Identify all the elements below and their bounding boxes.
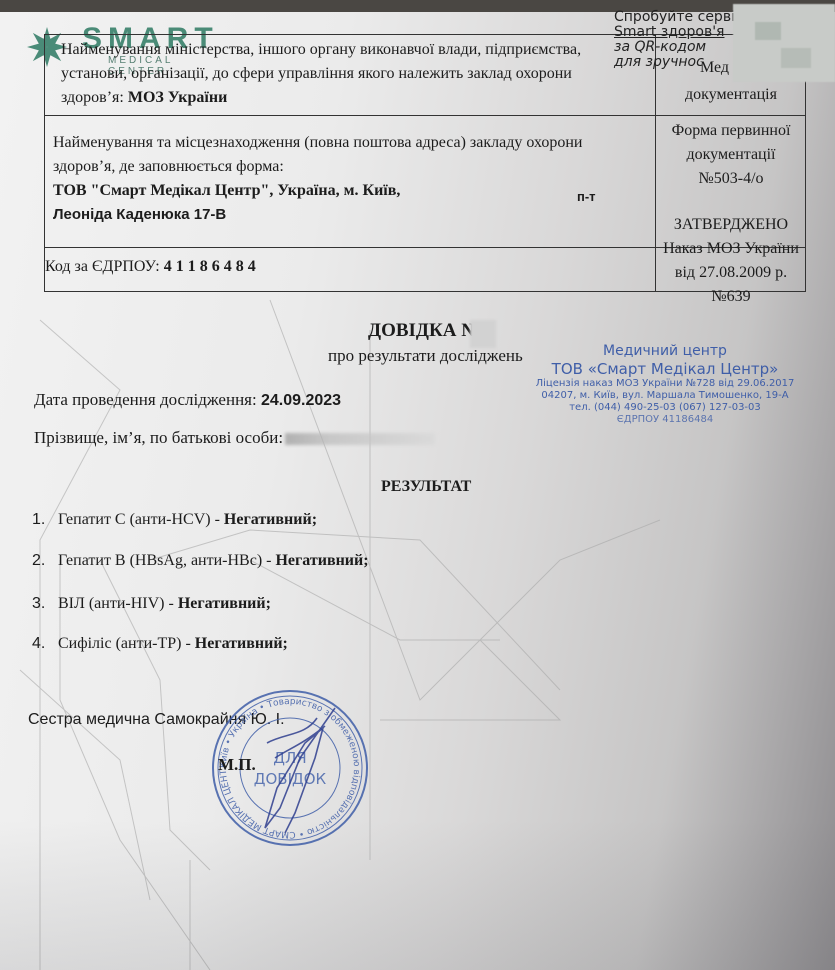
patient-name-line: Прізвище, ім’я, по батькові особи: [34, 428, 435, 448]
result-test: Сифіліс (анти-ТР) - [58, 635, 191, 652]
clinic-stamp-line: Ліцензія наказ МОЗ України №728 від 29.0… [520, 378, 810, 390]
form-number: №503-4/о [657, 167, 805, 191]
edrpou-cell: Код за ЄДРПОУ: 4 1 1 8 6 4 8 4 [45, 255, 605, 279]
order-number: №639 [657, 285, 805, 309]
result-number: 2. [32, 552, 54, 570]
stamp-center-line1: ДЛЯ [273, 749, 306, 767]
result-item: 2. Гепатит В (HBsAg, анти-HBc) - Негатив… [32, 552, 369, 570]
order-date: від 27.08.2009 р. [657, 261, 805, 285]
result-test: Гепатит В (HBsAg, анти-HBc) - [58, 552, 271, 569]
form-line2: документації [657, 143, 805, 167]
doc-type-line2: документація [657, 83, 805, 107]
qr-promo-line: Спробуйте сервіс [614, 10, 743, 25]
document-number-redacted [470, 320, 496, 348]
photo-shadow [0, 820, 835, 970]
clinic-stamp-line: ЄДРПОУ 41186484 [520, 414, 810, 426]
approved-label: ЗАТВЕРДЖЕНО [657, 213, 805, 237]
divider [45, 115, 805, 116]
exam-date-value: 24.09.2023 [261, 392, 341, 409]
result-value: Негативний; [178, 595, 271, 612]
patient-name-label: Прізвище, ім’я, по батькові особи: [34, 428, 283, 447]
order-label: Наказ МОЗ України [657, 237, 805, 261]
result-value: Негативний; [275, 552, 368, 569]
qr-code-redacted [733, 4, 835, 82]
ministry-cell: Найменування міністерства, іншого органу… [61, 38, 621, 110]
approval-cell: ЗАТВЕРДЖЕНО Наказ МОЗ України від 27.08.… [657, 213, 805, 309]
document-subtitle: про результати досліджень [328, 346, 523, 366]
result-number: 1. [32, 511, 54, 529]
ministry-value: МОЗ України [128, 89, 227, 106]
facility-abbr: п-т [577, 189, 596, 204]
results-heading: РЕЗУЛЬТАТ [381, 478, 471, 496]
result-item: 4. Сифіліс (анти-ТР) - Негативний; [32, 635, 288, 653]
result-value: Негативний; [195, 635, 288, 652]
clinic-stamp-line: 04207, м. Київ, вул. Маршала Тимошенко, … [520, 390, 810, 402]
divider [655, 35, 656, 291]
result-number: 4. [32, 635, 54, 653]
qr-promo: Спробуйте сервіс Smart здоров'я за QR-ко… [614, 10, 743, 70]
result-test: ВІЛ (анти-HIV) - [58, 595, 174, 612]
facility-address: Леоніда Каденюка 17-В [53, 203, 643, 227]
edrpou-value: 4 1 1 8 6 4 8 4 [164, 258, 256, 275]
qr-promo-line: Smart здоров'я [614, 25, 743, 40]
result-value: Негативний; [224, 511, 317, 528]
clinic-stamp-line: Медичний центр [520, 343, 810, 360]
edrpou-label: Код за ЄДРПОУ: [45, 258, 160, 275]
facility-label: Найменування та місцезнаходження (повна … [53, 131, 643, 179]
qr-promo-line: за QR-кодом [614, 40, 743, 55]
result-number: 3. [32, 595, 54, 613]
qr-promo-line: для зручнос [614, 55, 743, 70]
document-title: ДОВІДКА № [368, 320, 480, 342]
exam-date-label: Дата проведення дослідження: [34, 390, 257, 409]
result-item: 1. Гепатит С (анти-HCV) - Негативний; [32, 511, 317, 529]
facility-name: ТОВ "Смарт Медікал Центр", Україна, м. К… [53, 179, 643, 203]
stamp-center-line2: ДОВІДОК [254, 770, 327, 788]
form-cell: Форма первинної документації №503-4/о [657, 119, 805, 191]
doc-type-cell: документація [657, 83, 805, 107]
result-item: 3. ВІЛ (анти-HIV) - Негативний; [32, 595, 271, 613]
clinic-stamp: Медичний центр ТОВ «Смарт Медікал Центр»… [520, 343, 810, 426]
header-table: Найменування міністерства, іншого органу… [44, 34, 806, 292]
facility-cell: Найменування та місцезнаходження (повна … [53, 131, 643, 227]
result-test: Гепатит С (анти-HCV) - [58, 511, 220, 528]
clinic-stamp-line: тел. (044) 490-25-03 (067) 127-03-03 [520, 402, 810, 414]
patient-name-redacted [285, 433, 435, 445]
seal-label: М.П. [218, 755, 256, 775]
clinic-stamp-line: ТОВ «Смарт Медікал Центр» [520, 360, 810, 378]
exam-date-line: Дата проведення дослідження: 24.09.2023 [34, 390, 341, 410]
form-line1: Форма первинної [657, 119, 805, 143]
